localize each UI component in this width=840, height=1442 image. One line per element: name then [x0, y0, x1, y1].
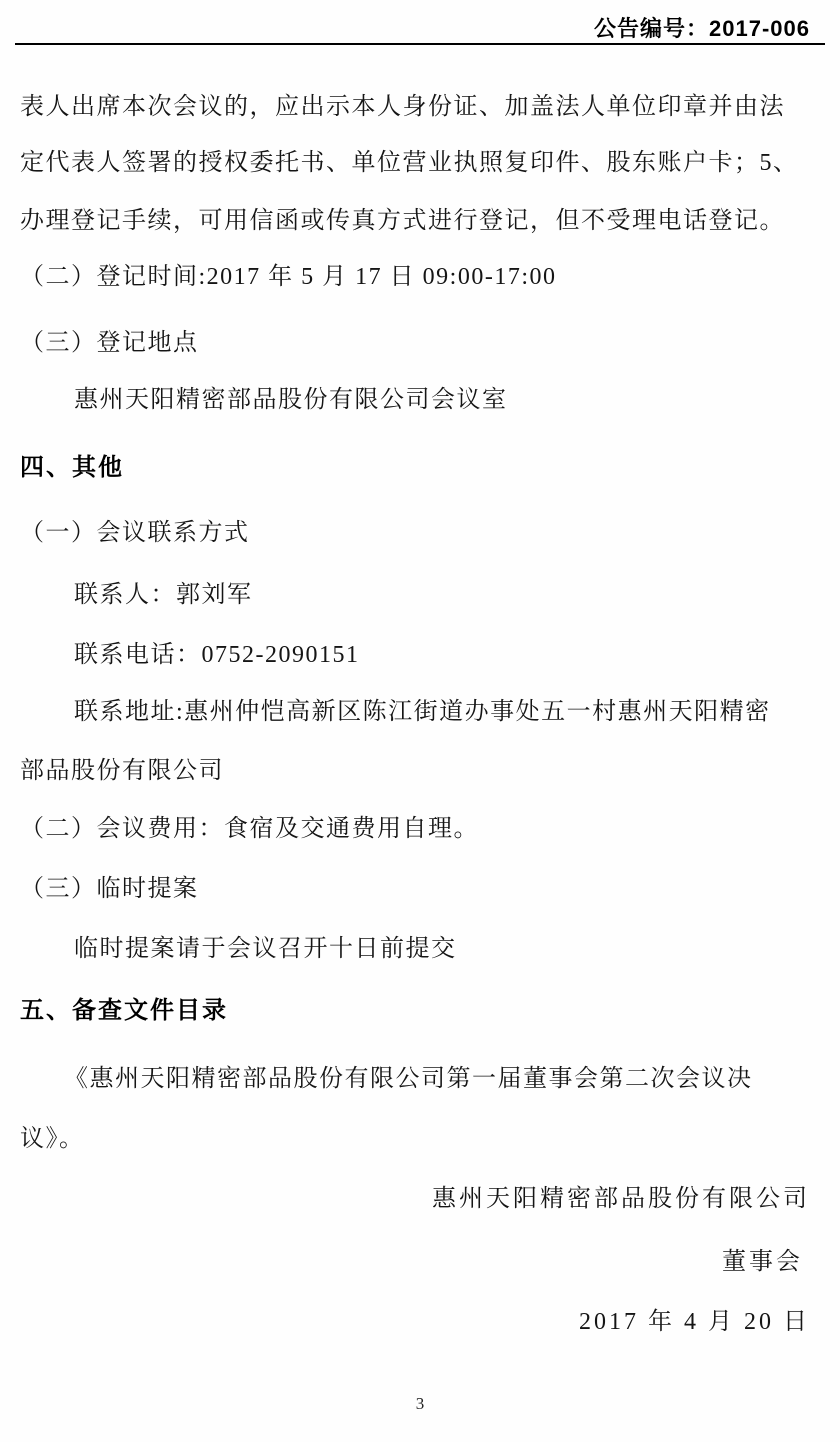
header-divider-rule [15, 43, 825, 45]
signature-board: 董事会 [20, 1241, 810, 1276]
contact-phone-line: 联系电话：0752-2090151 [20, 634, 810, 669]
paragraph-line: 表人出席本次会议的，应出示本人身份证、加盖法人单位印章并由法 [20, 86, 810, 121]
announcement-number: 公告编号：2017-006 [20, 12, 810, 43]
interim-proposal-note: 临时提案请于会议召开十日前提交 [20, 928, 810, 963]
contact-section-label: （一）会议联系方式 [20, 512, 810, 547]
section-heading-documents: 五、备查文件目录 [20, 990, 810, 1025]
registration-place-label: （三）登记地点 [20, 322, 810, 357]
paragraph-line: 办理登记手续，可用信函或传真方式进行登记，但不受理电话登记。 [20, 200, 810, 235]
contact-address-line: 联系地址:惠州仲恺高新区陈江街道办事处五一村惠州天阳精密 [20, 691, 810, 726]
signature-date: 2017 年 4 月 20 日 [20, 1301, 810, 1336]
signature-company: 惠州天阳精密部品股份有限公司 [20, 1178, 810, 1213]
meeting-fee-line: （二）会议费用：食宿及交通费用自理。 [20, 808, 810, 843]
contact-person-line: 联系人：郭刘军 [20, 574, 810, 609]
reference-document-continued: 议》。 [20, 1118, 810, 1153]
paragraph-line: 定代表人签署的授权委托书、单位营业执照复印件、股东账户卡；5、 [20, 142, 810, 177]
interim-proposal-label: （三）临时提案 [20, 868, 810, 903]
contact-address-continued: 部品股份有限公司 [20, 750, 810, 785]
reference-document-line: 《惠州天阳精密部品股份有限公司第一届董事会第二次会议决 [20, 1058, 810, 1093]
registration-time-line: （二）登记时间:2017 年 5 月 17 日 09:00-17:00 [20, 256, 810, 291]
section-heading-other: 四、其他 [20, 447, 810, 482]
page-number: 3 [0, 1394, 840, 1414]
document-page: 公告编号：2017-006 表人出席本次会议的，应出示本人身份证、加盖法人单位印… [0, 0, 840, 1442]
registration-place-value: 惠州天阳精密部品股份有限公司会议室 [20, 379, 810, 414]
